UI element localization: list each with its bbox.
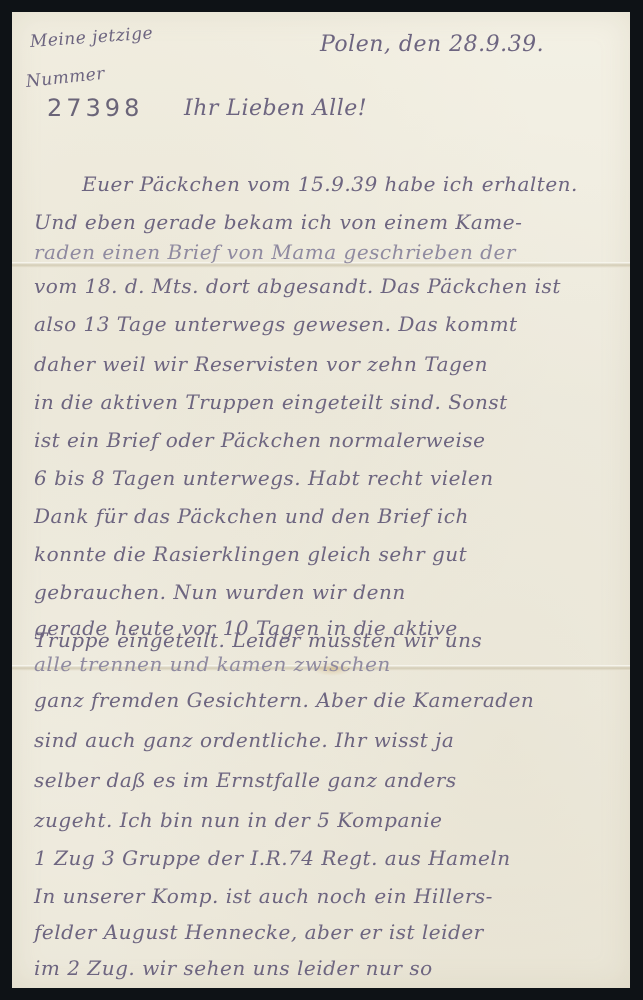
- body-line: im 2 Zug. wir sehen uns leider nur so: [34, 956, 433, 980]
- body-line: konnte die Rasierklingen gleich sehr gut: [34, 542, 467, 566]
- body-line: vom 18. d. Mts. dort abgesandt. Das Päck…: [34, 274, 561, 298]
- body-line: sind auch ganz ordentliche. Ihr wisst ja: [34, 728, 454, 752]
- header-note-line1: Meine jetzige: [29, 23, 153, 52]
- body-line: also 13 Tage unterwegs gewesen. Das komm…: [34, 312, 518, 336]
- body-line: gebrauchen. Nun wurden wir denn: [34, 580, 406, 604]
- body-line: In unserer Komp. ist auch noch ein Hille…: [34, 884, 493, 908]
- scanned-letter-page: Meine jetzige Nummer 27398 Polen, den 28…: [0, 0, 643, 1000]
- body-line: raden einen Brief von Mama geschrieben d…: [34, 240, 516, 264]
- body-line: 6 bis 8 Tagen unterwegs. Habt recht viel…: [34, 466, 494, 490]
- salutation: Ihr Lieben Alle!: [184, 96, 367, 121]
- body-line: in die aktiven Truppen eingeteilt sind. …: [34, 390, 508, 414]
- body-line: ganz fremden Gesichtern. Aber die Kamera…: [34, 688, 534, 712]
- body-line: ist ein Brief oder Päckchen normalerweis…: [34, 428, 485, 452]
- letter-paper: Meine jetzige Nummer 27398 Polen, den 28…: [12, 12, 630, 988]
- body-line: alle trennen und kamen zwischen: [34, 652, 391, 676]
- body-line: Euer Päckchen vom 15.9.39 habe ich erhal…: [82, 172, 578, 196]
- field-post-number: 27398: [47, 94, 143, 122]
- header-note-line2: Nummer: [25, 64, 106, 92]
- body-line: zugeht. Ich bin nun in der 5 Kompanie: [34, 808, 443, 832]
- body-line: Und eben gerade bekam ich von einem Kame…: [34, 210, 522, 234]
- body-line: felder August Hennecke, aber er ist leid…: [34, 920, 484, 944]
- body-line: daher weil wir Reservisten vor zehn Tage…: [34, 352, 488, 376]
- place-date: Polen, den 28.9.39.: [320, 32, 544, 57]
- body-line: Truppe eingeteilt. Leider mussten wir un…: [34, 628, 482, 652]
- body-line: 1 Zug 3 Gruppe der I.R.74 Regt. aus Hame…: [34, 846, 511, 870]
- body-line: selber daß es im Ernstfalle ganz anders: [34, 768, 457, 792]
- body-line: Dank für das Päckchen und den Brief ich: [34, 504, 469, 528]
